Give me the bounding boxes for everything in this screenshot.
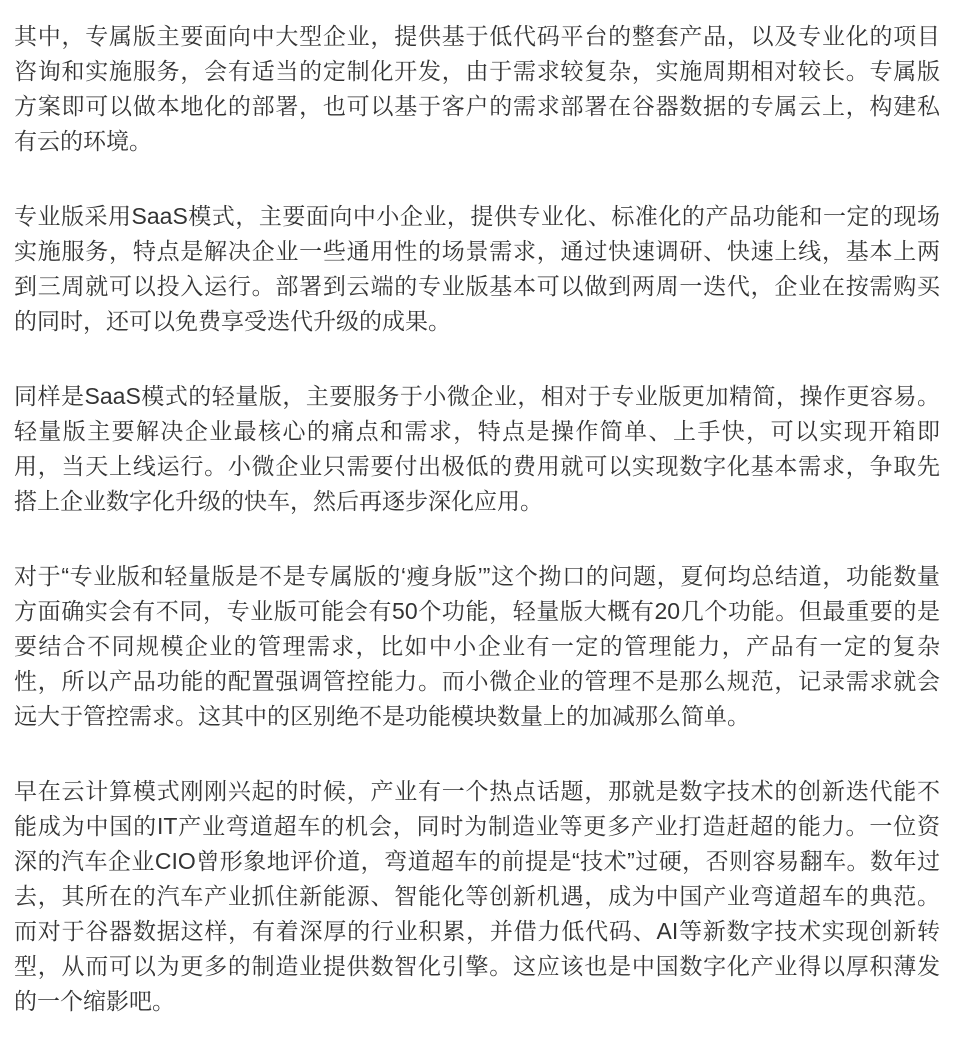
- text-line: 而对于谷器数据这样，有着深厚的行业积累，并借力低代码、AI等新数字技术实现创新转: [14, 914, 940, 949]
- text-line: 远大于管控需求。这其中的区别绝不是功能模块数量上的加减那么简单。: [14, 699, 940, 734]
- paragraph: 对于“专业版和轻量版是不是专属版的‘瘦身版’”这个拗口的问题，夏何均总结道，功能…: [14, 559, 940, 734]
- text-line: 搭上企业数字化升级的快车，然后再逐步深化应用。: [14, 484, 940, 519]
- text-line: 方面确实会有不同，专业版可能会有50个功能，轻量版大概有20几个功能。但最重要的…: [14, 594, 940, 629]
- paragraph: 同样是SaaS模式的轻量版，主要服务于小微企业，相对于专业版更加精简，操作更容易…: [14, 379, 940, 519]
- text-line: 的一个缩影吧。: [14, 984, 940, 1019]
- text-line: 同样是SaaS模式的轻量版，主要服务于小微企业，相对于专业版更加精简，操作更容易…: [14, 379, 940, 414]
- text-line: 能成为中国的IT产业弯道超车的机会，同时为制造业等更多产业打造赶超的能力。一位资: [14, 809, 940, 844]
- article-body: 其中，专属版主要面向中大型企业，提供基于低代码平台的整套产品，以及专业化的项目咨…: [0, 0, 953, 1019]
- text-line: 到三周就可以投入运行。部署到云端的专业版基本可以做到两周一迭代，企业在按需购买: [14, 269, 940, 304]
- text-line: 早在云计算模式刚刚兴起的时候，产业有一个热点话题，那就是数字技术的创新迭代能不: [14, 774, 940, 809]
- text-line: 其中，专属版主要面向中大型企业，提供基于低代码平台的整套产品，以及专业化的项目: [14, 19, 940, 54]
- paragraph: 其中，专属版主要面向中大型企业，提供基于低代码平台的整套产品，以及专业化的项目咨…: [14, 19, 940, 159]
- text-line: 实施服务，特点是解决企业一些通用性的场景需求，通过快速调研、快速上线，基本上两: [14, 234, 940, 269]
- text-line: 要结合不同规模企业的管理需求，比如中小企业有一定的管理能力，产品有一定的复杂: [14, 629, 940, 664]
- text-line: 咨询和实施服务，会有适当的定制化开发，由于需求较复杂，实施周期相对较长。专属版: [14, 54, 940, 89]
- text-line: 去，其所在的汽车产业抓住新能源、智能化等创新机遇，成为中国产业弯道超车的典范。: [14, 879, 940, 914]
- paragraph: 早在云计算模式刚刚兴起的时候，产业有一个热点话题，那就是数字技术的创新迭代能不能…: [14, 774, 940, 1019]
- text-line: 专业版采用SaaS模式，主要面向中小企业，提供专业化、标准化的产品功能和一定的现…: [14, 199, 940, 234]
- text-line: 性，所以产品功能的配置强调管控能力。而小微企业的管理不是那么规范，记录需求就会: [14, 664, 940, 699]
- text-line: 型，从而可以为更多的制造业提供数智化引擎。这应该也是中国数字化产业得以厚积薄发: [14, 949, 940, 984]
- text-line: 对于“专业版和轻量版是不是专属版的‘瘦身版’”这个拗口的问题，夏何均总结道，功能…: [14, 559, 940, 594]
- text-line: 用，当天上线运行。小微企业只需要付出极低的费用就可以实现数字化基本需求，争取先: [14, 449, 940, 484]
- text-line: 方案即可以做本地化的部署，也可以基于客户的需求部署在谷器数据的专属云上，构建私: [14, 89, 940, 124]
- text-line: 的同时，还可以免费享受迭代升级的成果。: [14, 304, 940, 339]
- text-line: 有云的环境。: [14, 124, 940, 159]
- paragraph: 专业版采用SaaS模式，主要面向中小企业，提供专业化、标准化的产品功能和一定的现…: [14, 199, 940, 339]
- page: { "meta": { "background_color": "#ffffff…: [0, 0, 953, 1048]
- text-line: 深的汽车企业CIO曾形象地评价道，弯道超车的前提是“技术”过硬，否则容易翻车。数…: [14, 844, 940, 879]
- text-line: 轻量版主要解决企业最核心的痛点和需求，特点是操作简单、上手快，可以实现开箱即: [14, 414, 940, 449]
